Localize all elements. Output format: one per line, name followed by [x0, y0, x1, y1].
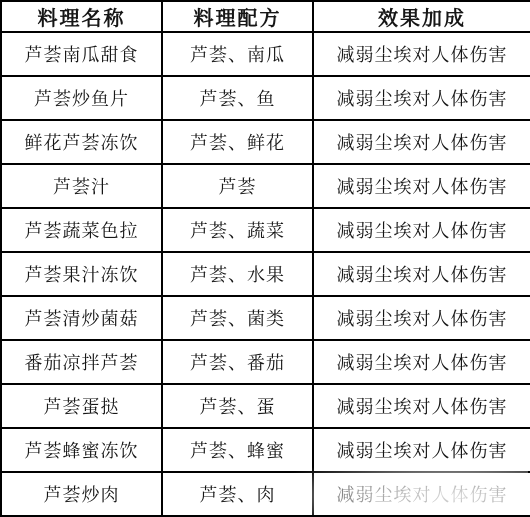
effect-cell: 减弱尘埃对人体伤害 — [313, 208, 530, 252]
header-recipe: 料理配方 — [162, 1, 313, 32]
dish-name-cell: 芦荟蛋挞 — [1, 384, 162, 428]
effect-cell: 减弱尘埃对人体伤害 — [313, 428, 530, 472]
table-row: 芦荟炒肉 芦荟、肉 减弱尘埃对人体伤害 — [1, 472, 530, 516]
recipe-cell: 芦荟、南瓜 — [162, 32, 313, 76]
table-row: 芦荟清炒菌菇 芦荟、菌类 减弱尘埃对人体伤害 — [1, 296, 530, 340]
dish-name-cell: 鲜花芦荟冻饮 — [1, 120, 162, 164]
dish-name-cell: 番茄凉拌芦荟 — [1, 340, 162, 384]
recipe-cell: 芦荟、菌类 — [162, 296, 313, 340]
dish-name-cell: 芦荟清炒菌菇 — [1, 296, 162, 340]
recipe-cell: 芦荟、鲜花 — [162, 120, 313, 164]
effect-cell: 减弱尘埃对人体伤害 — [313, 384, 530, 428]
recipe-cell: 芦荟、鱼 — [162, 76, 313, 120]
dish-name-cell: 芦荟炒鱼片 — [1, 76, 162, 120]
table-row: 芦荟果汁冻饮 芦荟、水果 减弱尘埃对人体伤害 — [1, 252, 530, 296]
recipe-cell: 芦荟、番茄 — [162, 340, 313, 384]
recipe-table: 料理名称 料理配方 效果加成 芦荟南瓜甜食 芦荟、南瓜 减弱尘埃对人体伤害 芦荟… — [0, 0, 530, 517]
effect-cell: 减弱尘埃对人体伤害 — [313, 340, 530, 384]
dish-name-cell: 芦荟南瓜甜食 — [1, 32, 162, 76]
recipe-table-page: 料理名称 料理配方 效果加成 芦荟南瓜甜食 芦荟、南瓜 减弱尘埃对人体伤害 芦荟… — [0, 0, 530, 517]
dish-name-cell: 芦荟果汁冻饮 — [1, 252, 162, 296]
recipe-cell: 芦荟、蛋 — [162, 384, 313, 428]
effect-cell: 减弱尘埃对人体伤害 — [313, 76, 530, 120]
effect-cell: 减弱尘埃对人体伤害 — [313, 252, 530, 296]
recipe-cell: 芦荟、肉 — [162, 472, 313, 516]
recipe-cell: 芦荟、蔬菜 — [162, 208, 313, 252]
effect-cell: 减弱尘埃对人体伤害 — [313, 164, 530, 208]
recipe-cell: 芦荟 — [162, 164, 313, 208]
effect-cell: 减弱尘埃对人体伤害 — [313, 32, 530, 76]
dish-name-cell: 芦荟蔬菜色拉 — [1, 208, 162, 252]
table-row: 芦荟炒鱼片 芦荟、鱼 减弱尘埃对人体伤害 — [1, 76, 530, 120]
dish-name-cell: 芦荟蜂蜜冻饮 — [1, 428, 162, 472]
header-dish-name: 料理名称 — [1, 1, 162, 32]
table-row: 芦荟汁 芦荟 减弱尘埃对人体伤害 — [1, 164, 530, 208]
header-effect: 效果加成 — [313, 1, 530, 32]
effect-cell: 减弱尘埃对人体伤害 — [313, 472, 530, 516]
dish-name-cell: 芦荟炒肉 — [1, 472, 162, 516]
effect-cell: 减弱尘埃对人体伤害 — [313, 120, 530, 164]
recipe-cell: 芦荟、水果 — [162, 252, 313, 296]
table-row: 鲜花芦荟冻饮 芦荟、鲜花 减弱尘埃对人体伤害 — [1, 120, 530, 164]
table-row: 番茄凉拌芦荟 芦荟、番茄 减弱尘埃对人体伤害 — [1, 340, 530, 384]
recipe-cell: 芦荟、蜂蜜 — [162, 428, 313, 472]
table-row: 芦荟蛋挞 芦荟、蛋 减弱尘埃对人体伤害 — [1, 384, 530, 428]
effect-cell: 减弱尘埃对人体伤害 — [313, 296, 530, 340]
table-row: 芦荟蔬菜色拉 芦荟、蔬菜 减弱尘埃对人体伤害 — [1, 208, 530, 252]
header-row: 料理名称 料理配方 效果加成 — [1, 1, 530, 32]
table-row: 芦荟南瓜甜食 芦荟、南瓜 减弱尘埃对人体伤害 — [1, 32, 530, 76]
table-row: 芦荟蜂蜜冻饮 芦荟、蜂蜜 减弱尘埃对人体伤害 — [1, 428, 530, 472]
dish-name-cell: 芦荟汁 — [1, 164, 162, 208]
